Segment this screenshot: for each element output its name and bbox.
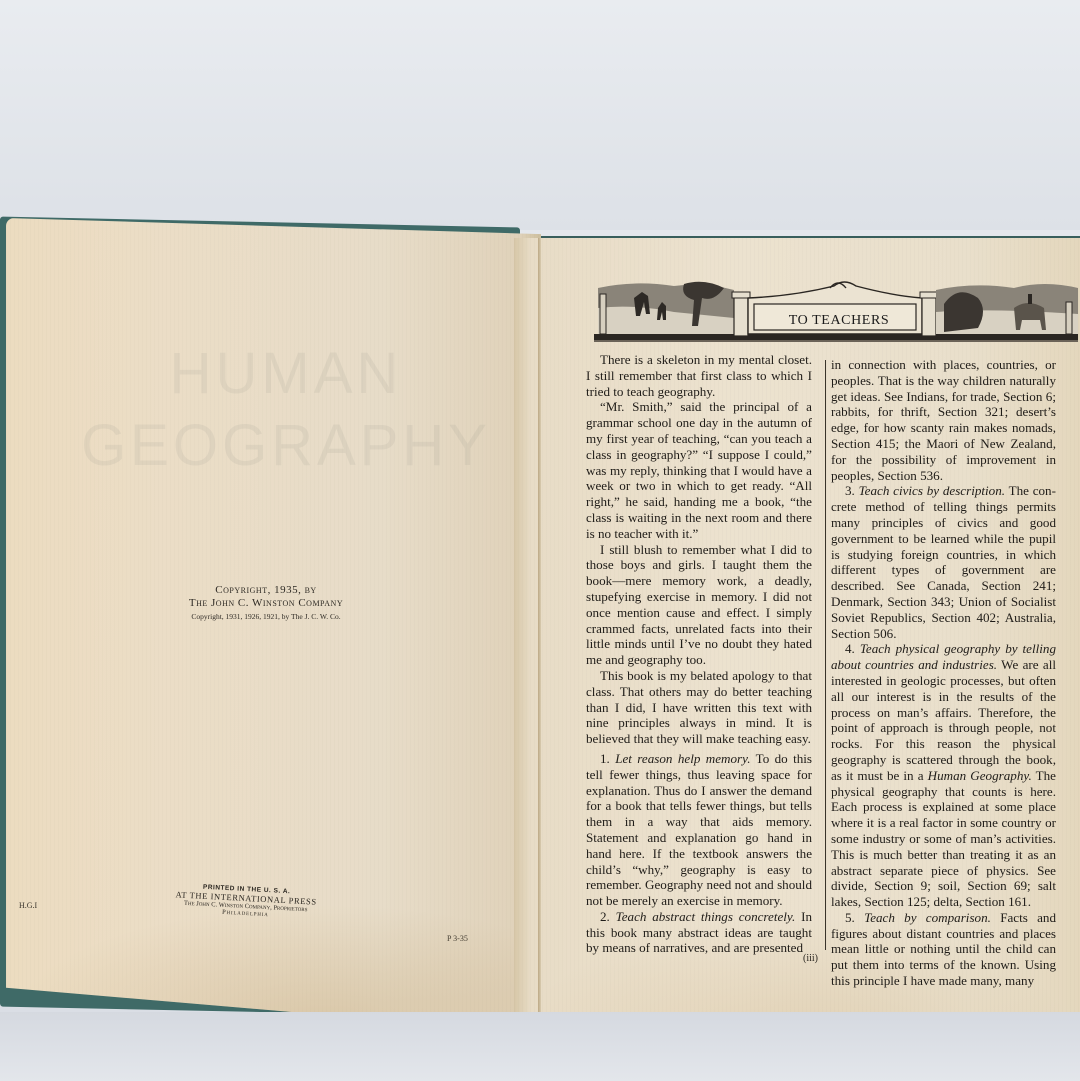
paragraph-text: I still blush to remember what I did to … bbox=[586, 542, 812, 668]
text-column-left: There is a skeleton in my mental closet.… bbox=[586, 352, 812, 956]
left-page: HUMAN GEOGRAPHY Copyright, 1935, by The … bbox=[6, 218, 541, 1024]
paragraph: I still blush to remember what I did to … bbox=[586, 542, 812, 668]
principle-title: Teach by comparison. bbox=[864, 910, 991, 925]
principle-paragraph: 5. Teach by comparison. Facts and figure… bbox=[831, 910, 1056, 989]
copyright-line: Copyright, 1935, by bbox=[136, 584, 396, 596]
paragraph-text: in connection with places, countries, or… bbox=[831, 357, 1056, 483]
paragraph-text: There is a skeleton in my mental closet.… bbox=[586, 352, 812, 399]
principle-number: 4. bbox=[845, 641, 855, 656]
principle-title: Teach abstract things concretely. bbox=[616, 909, 796, 924]
book-title-reference: Human Geography. bbox=[928, 768, 1032, 783]
paragraph-text: The con­crete method of telling things p… bbox=[831, 483, 1056, 640]
paragraph: There is a skeleton in my mental closet.… bbox=[586, 352, 812, 399]
paragraph: in connection with places, countries, or… bbox=[831, 357, 1056, 483]
column-rule bbox=[825, 360, 826, 950]
ghost-title-line: GEOGRAPHY bbox=[76, 410, 496, 482]
printer-imprint: PRINTED IN THE U. S. A. AT THE INTERNATI… bbox=[155, 881, 336, 921]
paragraph: “Mr. Smith,” said the principal of a gra… bbox=[586, 399, 812, 541]
principle-number: 5. bbox=[845, 910, 855, 925]
paragraph-text: “Mr. Smith,” said the principal of a gra… bbox=[586, 399, 812, 540]
publisher-line: The John C. Winston Company bbox=[136, 597, 396, 609]
chapter-banner: TO TEACHERS bbox=[594, 278, 1078, 344]
book-gutter bbox=[538, 238, 541, 1028]
prior-copyright-line: Copyright, 1931, 1926, 1921, by The J. C… bbox=[136, 612, 396, 621]
table-surface-bottom bbox=[0, 1012, 1080, 1081]
principle-title: Teach civics by description. bbox=[859, 483, 1005, 498]
page-number: (iii) bbox=[803, 953, 818, 964]
table-surface bbox=[0, 0, 1080, 230]
book-code-right: P 3-35 bbox=[447, 934, 468, 943]
paragraph: This book is my belated apology to that … bbox=[586, 668, 812, 747]
page-heading: TO TEACHERS bbox=[744, 313, 934, 329]
principle-number: 1. bbox=[600, 751, 610, 766]
paragraph-text: To do this tell fewer things, thus leavi… bbox=[586, 751, 812, 908]
imprint-line: Philadelphia bbox=[155, 905, 335, 921]
principle-paragraph: 1. Let reason help memory. To do this te… bbox=[586, 751, 812, 909]
ghost-title-line: HUMAN bbox=[76, 338, 496, 410]
copyright-block: Copyright, 1935, by The John C. Winston … bbox=[136, 584, 396, 621]
paragraph-text: The physical geography that counts is he… bbox=[831, 768, 1056, 909]
paragraph-text: We are all interested in geologic proces… bbox=[831, 657, 1056, 783]
principle-number: 2. bbox=[600, 909, 610, 924]
principle-paragraph: 4. Teach physical geography by telling a… bbox=[831, 641, 1056, 910]
ghost-title-show-through: HUMAN GEOGRAPHY bbox=[76, 338, 496, 482]
text-column-right: in connection with places, countries, or… bbox=[831, 357, 1056, 989]
decorative-landscape-illustration-icon bbox=[594, 278, 1078, 344]
paragraph-text: This book is my belated apology to that … bbox=[586, 668, 812, 746]
principle-paragraph: 2. Teach abstract things concretely. In … bbox=[586, 909, 812, 956]
principle-number: 3. bbox=[845, 483, 855, 498]
principle-title: Let reason help memory. bbox=[615, 751, 750, 766]
book-code-left: H.G.I bbox=[19, 901, 37, 910]
principle-paragraph: 3. Teach civics by description. The con­… bbox=[831, 483, 1056, 641]
